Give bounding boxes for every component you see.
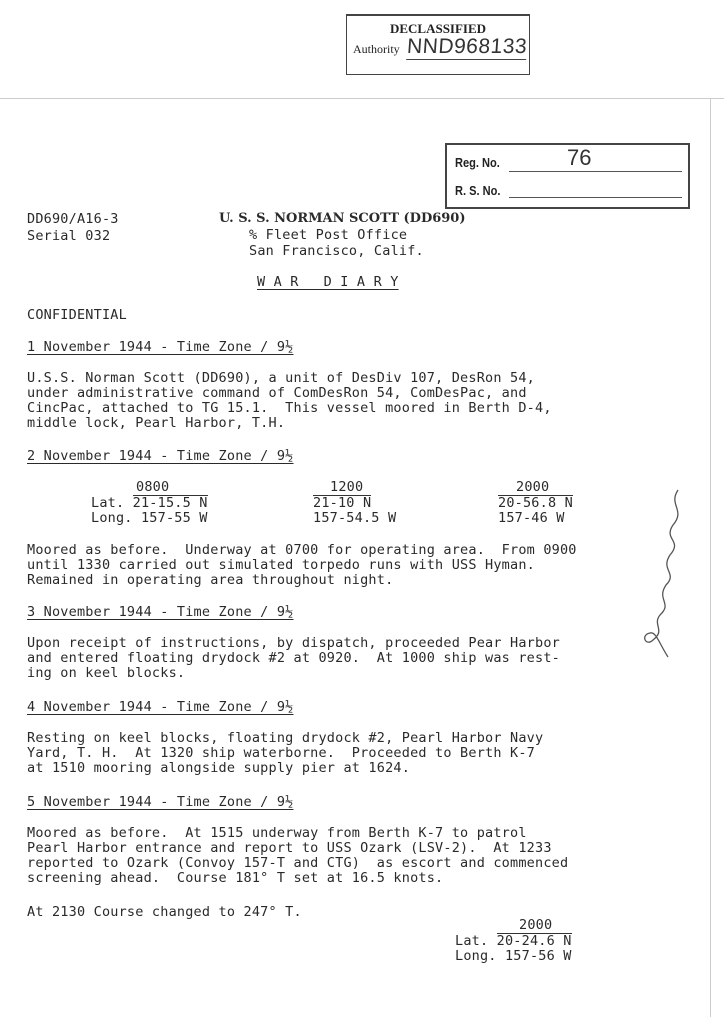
latitude: 21-15.5 N — [133, 495, 208, 511]
address-line-2: San Francisco, Calif. — [249, 244, 424, 259]
address-line-1: % Fleet Post Office — [249, 228, 407, 243]
body-line: U.S.S. Norman Scott (DD690), a unit of D… — [27, 371, 552, 386]
entry-heading: 2 November 1944 - Time Zone / 9½ — [27, 449, 294, 464]
course-change-line: At 2130 Course changed to 247° T. — [27, 905, 302, 920]
body-line: Resting on keel blocks, floating drydock… — [27, 731, 543, 746]
body-line: under administrative command of ComDesRo… — [27, 386, 552, 401]
serial-number: Serial 032 — [27, 229, 110, 244]
rs-no-line — [509, 197, 682, 198]
ship-name: U. S. S. NORMAN SCOTT (DD690) — [219, 211, 466, 226]
body-line: Moored as before. At 1515 underway from … — [27, 826, 568, 841]
rs-no-label: R. S. No. — [455, 183, 500, 198]
entry-heading: 1 November 1944 - Time Zone / 9½ — [27, 340, 294, 355]
stamp-authority-label: Authority — [353, 42, 400, 57]
reg-no-label: Reg. No. — [455, 155, 500, 170]
body-line: screening ahead. Course 181° T set at 16… — [27, 871, 568, 886]
latitude: 20-56.8 N — [498, 495, 573, 511]
position-time: 0800 — [91, 480, 208, 495]
lat-label: Lat. — [455, 933, 488, 949]
longitude: 157-54.5 W — [313, 511, 396, 526]
body-line: reported to Ozark (Convoy 157-T and CTG)… — [27, 856, 568, 871]
position-0800: 0800 Lat. 21-15.5 N Long. 157-55 W — [91, 480, 208, 526]
longitude: 157-46 W — [498, 511, 573, 526]
position-2000: 2000 20-56.8 N 157-46 W — [498, 480, 573, 526]
entry-body: Moored as before. At 1515 underway from … — [27, 826, 568, 886]
body-line: middle lock, Pearl Harbor, T.H. — [27, 416, 552, 431]
position-time: 2000 — [455, 918, 572, 933]
position-2000-nov5: 2000 Lat. 20-24.6 N Long. 157-56 W — [455, 918, 572, 964]
body-line: and entered floating drydock #2 at 0920.… — [27, 651, 560, 666]
body-line: Remained in operating area throughout ni… — [27, 573, 577, 588]
entry-body: Upon receipt of instructions, by dispatc… — [27, 636, 560, 681]
body-line: CincPac, attached to TG 15.1. This vesse… — [27, 401, 552, 416]
latitude: 21-10 N — [313, 495, 371, 511]
file-reference: DD690/A16-3 — [27, 212, 119, 227]
entry-heading: 3 November 1944 - Time Zone / 9½ — [27, 605, 294, 620]
longitude: 157-55 W — [141, 510, 208, 526]
position-1200: 1200 21-10 N 157-54.5 W — [313, 480, 396, 526]
scan-edge-vertical — [710, 98, 711, 1017]
handwritten-initials-icon — [638, 485, 688, 660]
body-line: Upon receipt of instructions, by dispatc… — [27, 636, 560, 651]
body-line: at 1510 mooring alongside supply pier at… — [27, 761, 543, 776]
registration-box: Reg. No. 76 R. S. No. — [445, 143, 690, 209]
stamp-authority-value: NND968133 — [406, 35, 528, 60]
body-line: Pearl Harbor entrance and report to USS … — [27, 841, 568, 856]
document-title: W A R D I A R Y — [257, 275, 399, 290]
body-line: ing on keel blocks. — [27, 666, 560, 681]
latitude: 20-24.6 N — [497, 933, 572, 949]
body-line: Moored as before. Underway at 0700 for o… — [27, 543, 577, 558]
entry-heading: 4 November 1944 - Time Zone / 9½ — [27, 700, 294, 715]
entry-body: Moored as before. Underway at 0700 for o… — [27, 543, 577, 588]
scan-edge-horizontal — [0, 98, 724, 99]
declassified-stamp: DECLASSIFIED Authority NND968133 — [346, 14, 530, 75]
position-time: 1200 — [313, 480, 396, 495]
entry-body: U.S.S. Norman Scott (DD690), a unit of D… — [27, 371, 552, 431]
reg-no-line — [509, 171, 682, 172]
reg-no-value: 76 — [567, 145, 591, 171]
long-label: Long. — [91, 510, 133, 526]
body-line: until 1330 carried out simulated torpedo… — [27, 558, 577, 573]
lat-label: Lat. — [91, 495, 124, 511]
entry-heading: 5 November 1944 - Time Zone / 9½ — [27, 795, 294, 810]
long-label: Long. — [455, 948, 497, 964]
position-time: 2000 — [498, 480, 573, 495]
entry-body: Resting on keel blocks, floating drydock… — [27, 731, 543, 776]
classification: CONFIDENTIAL — [27, 308, 127, 323]
longitude: 157-56 W — [505, 948, 572, 964]
body-line: Yard, T. H. At 1320 ship waterborne. Pro… — [27, 746, 543, 761]
